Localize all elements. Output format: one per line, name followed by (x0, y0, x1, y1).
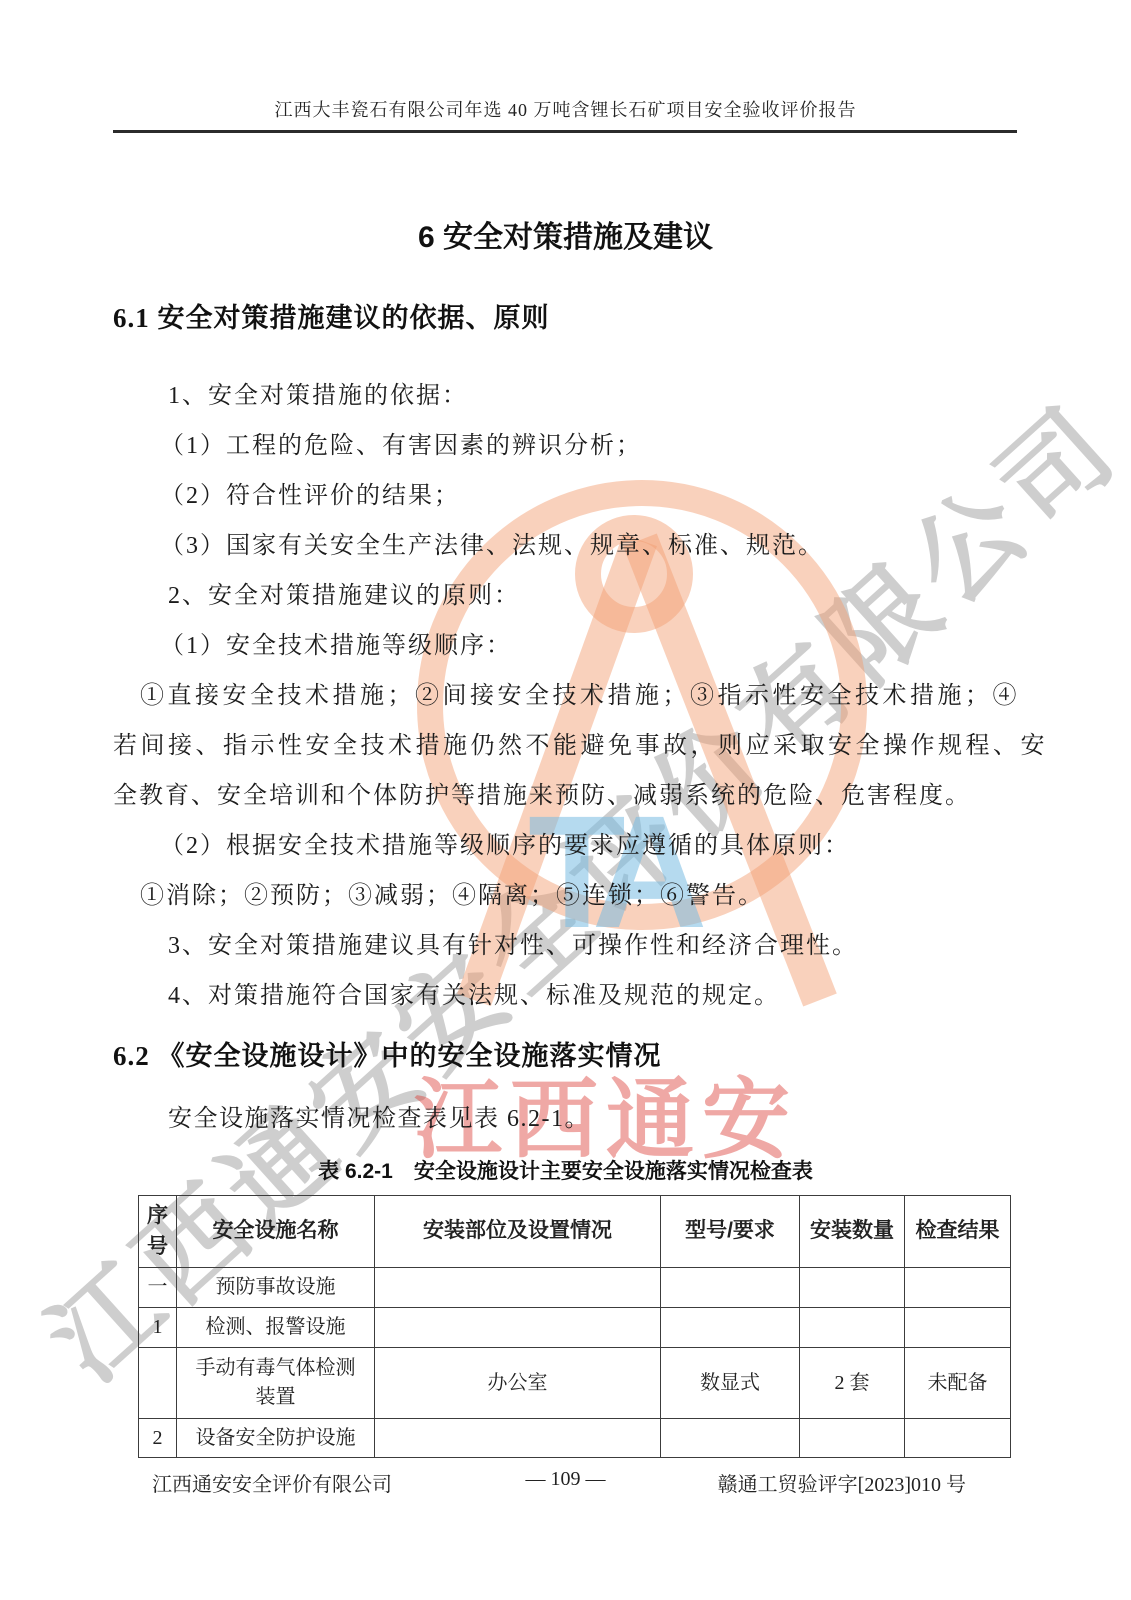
cell-result (905, 1308, 1011, 1348)
table-caption: 表 6.2-1 安全设施设计主要安全设施落实情况检查表 (0, 1155, 1131, 1185)
body-line: ①直接安全技术措施；②间接安全技术措施；③指示性安全技术措施；④ (113, 671, 1019, 721)
cell-location (375, 1308, 661, 1348)
safety-facility-check-table: 序号 安全设施名称 安装部位及设置情况 型号/要求 安装数量 检查结果 一 预防… (138, 1195, 1011, 1458)
document-content: 江西大丰瓷石有限公司年选 40 万吨含锂长石矿项目安全验收评价报告 6 安全对策… (0, 0, 1131, 1600)
cell-name: 设备安全防护设施 (177, 1419, 375, 1458)
body-line: 若间接、指示性安全技术措施仍然不能避免事故，则应采取安全操作规程、安 (113, 721, 1019, 771)
body-line: 2、安全对策措施建议的原则： (113, 571, 1019, 621)
footer-doc-number: 赣通工贸验评字[2023]010 号 (718, 1468, 966, 1497)
table-row: 一 预防事故设施 (139, 1268, 1011, 1308)
cell-seq: 1 (139, 1308, 177, 1348)
cell-quantity (800, 1308, 905, 1348)
cell-result (905, 1419, 1011, 1458)
header-rule (113, 130, 1017, 133)
body-line: 4、对策措施符合国家有关法规、标准及规范的规定。 (113, 971, 1019, 1021)
section-6-2-intro: 安全设施落实情况检查表见表 6.2-1。 (168, 1098, 590, 1133)
cell-location (375, 1268, 661, 1308)
col-header-seq: 序号 (139, 1196, 177, 1268)
chapter-title: 6 安全对策措施及建议 (0, 212, 1131, 256)
body-line: （2）根据安全技术措施等级顺序的要求应遵循的具体原则： (113, 821, 1019, 871)
body-line: （2）符合性评价的结果； (113, 471, 1019, 521)
col-header-name: 安全设施名称 (177, 1196, 375, 1268)
cell-result: 未配备 (905, 1348, 1011, 1419)
table-row: 2 设备安全防护设施 (139, 1419, 1011, 1458)
body-line: 3、安全对策措施建议具有针对性、可操作性和经济合理性。 (113, 921, 1019, 971)
table-header-row: 序号 安全设施名称 安装部位及设置情况 型号/要求 安装数量 检查结果 (139, 1196, 1011, 1268)
table-row: 1 检测、报警设施 (139, 1308, 1011, 1348)
body-line: ①消除；②预防；③减弱；④隔离；⑤连锁；⑥警告。 (113, 871, 1019, 921)
col-header-location: 安装部位及设置情况 (375, 1196, 661, 1268)
cell-name: 手动有毒气体检测 装置 (177, 1348, 375, 1419)
running-header: 江西大丰瓷石有限公司年选 40 万吨含锂长石矿项目安全验收评价报告 (0, 96, 1131, 122)
cell-location: 办公室 (375, 1348, 661, 1419)
section-6-1-body: 1、安全对策措施的依据： （1）工程的危险、有害因素的辨识分析； （2）符合性评… (113, 371, 1019, 1021)
report-page: 江西通安安全评价有限公司 TA 江西通安 江西大丰瓷石有限公司年选 40 万吨含… (0, 0, 1131, 1600)
cell-name: 检测、报警设施 (177, 1308, 375, 1348)
table-row: 手动有毒气体检测 装置 办公室 数显式 2 套 未配备 (139, 1348, 1011, 1419)
cell-result (905, 1268, 1011, 1308)
body-line: （1）工程的危险、有害因素的辨识分析； (113, 421, 1019, 471)
cell-seq (139, 1348, 177, 1419)
cell-seq: 一 (139, 1268, 177, 1308)
cell-model (661, 1308, 800, 1348)
cell-quantity (800, 1419, 905, 1458)
section-6-2-heading: 6.2 《安全设施设计》中的安全设施落实情况 (113, 1034, 662, 1073)
section-6-1-heading: 6.1 安全对策措施建议的依据、原则 (113, 296, 550, 335)
cell-model (661, 1268, 800, 1308)
body-line: （1）安全技术措施等级顺序： (113, 621, 1019, 671)
col-header-model: 型号/要求 (661, 1196, 800, 1268)
cell-model: 数显式 (661, 1348, 800, 1419)
footer-company: 江西通安安全评价有限公司 (152, 1468, 392, 1497)
cell-quantity: 2 套 (800, 1348, 905, 1419)
body-line: （3）国家有关安全生产法律、法规、规章、标准、规范。 (113, 521, 1019, 571)
body-line: 1、安全对策措施的依据： (113, 371, 1019, 421)
col-header-quantity: 安装数量 (800, 1196, 905, 1268)
cell-location (375, 1419, 661, 1458)
body-line: 全教育、安全培训和个体防护等措施来预防、减弱系统的危险、危害程度。 (113, 771, 1019, 821)
cell-seq: 2 (139, 1419, 177, 1458)
cell-model (661, 1419, 800, 1458)
cell-name: 预防事故设施 (177, 1268, 375, 1308)
col-header-result: 检查结果 (905, 1196, 1011, 1268)
cell-quantity (800, 1268, 905, 1308)
